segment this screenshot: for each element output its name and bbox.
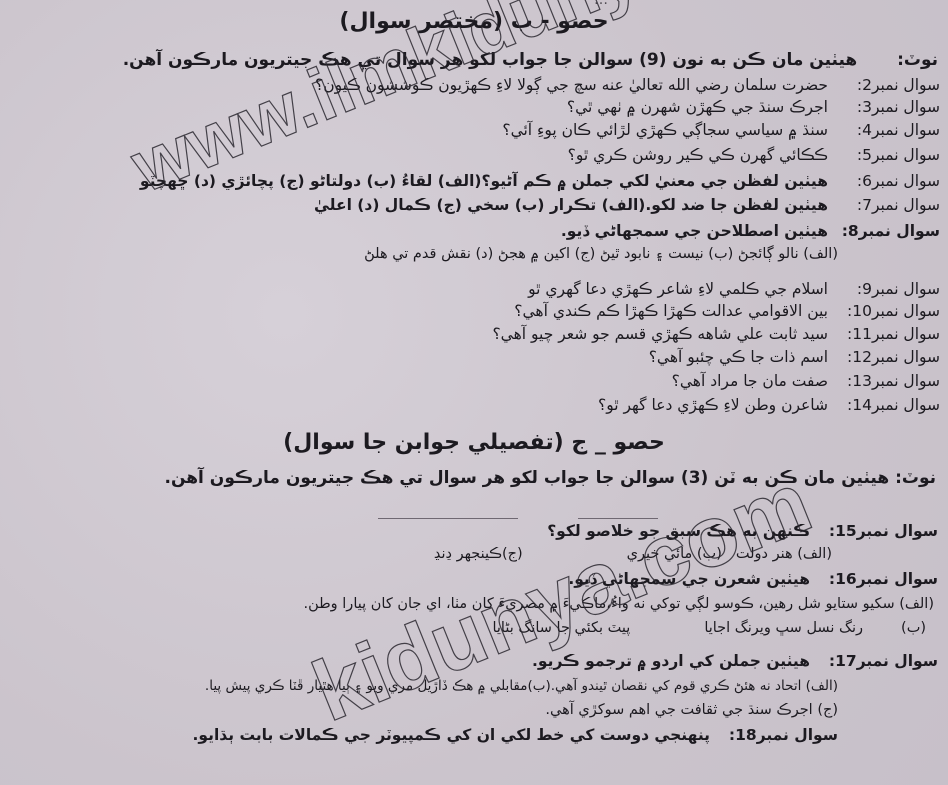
question-17-line-a: (الف) اتحاد نه هئڻ ڪري قوم کي نقصان ٿيند…: [205, 678, 838, 694]
question-15: سوال نمبر15: ڪنهن به هڪ سبق جو خلاصو لکو…: [547, 522, 938, 540]
question-text: سيد ثابت علي شاهه ڪهڙي قسم جو شعر چيو آه…: [492, 325, 828, 343]
poem-line: (الف) سکيو ستايو شل رهين، ڪوسو لڳي توکي …: [303, 596, 934, 612]
question-label: سوال نمبر18:: [710, 726, 838, 744]
question-options: (الف) نالو ڳائجڻ (ب) نيست ۽ نابود ٿيڻ (ج…: [364, 246, 838, 262]
question-9: سوال نمبر9: اسلام جي ڪلمي لاءِ شاعر ڪهڙي…: [528, 280, 940, 298]
section-b-heading: حصو - ب (مختصر سوال): [0, 9, 948, 34]
poem-label: (ب): [901, 620, 926, 636]
question-16-line-a: (الف) سکيو ستايو شل رهين، ڪوسو لڳي توکي …: [303, 596, 934, 612]
question-7: سوال نمبر7: هيٺين لفظن جا ضد لکو.(الف) ت…: [314, 196, 940, 214]
question-text: اجرڪ سنڌ جي ڪهڙن شهرن ۾ ٺهي ٿي؟: [567, 98, 828, 116]
question-8-options: (الف) نالو ڳائجڻ (ب) نيست ۽ نابود ٿيڻ (ج…: [364, 246, 838, 262]
section-c-heading: حصو _ ج (تفصيلي جوابن جا سوال): [0, 430, 948, 455]
question-text: سنڌ ۾ سياسي سجاڳي ڪهڙي لڙائي ڪان پوءِ آئ…: [502, 121, 828, 139]
translation-sentence: (ج) اجرڪ سنڌ جي ثقافت جي اهم سوکڙي آهي.: [545, 702, 838, 718]
section-c-note: نوٽ: هيٺين مان ڪن به ٽن (3) سوالن جا جوا…: [165, 468, 936, 488]
question-label: سوال نمبر16:: [810, 570, 938, 588]
question-2: سوال نمبر2: حضرت سلمان رضي الله تعاليٰ ع…: [315, 76, 940, 94]
question-14: سوال نمبر14: شاعرن وطن لاءِ ڪهڙي دعا گهر…: [598, 396, 940, 414]
divider-line: [378, 518, 518, 519]
question-text: پنهنجي دوست کي خط لکي ان کي ڪمپيوٽر جي ڪ…: [193, 726, 710, 744]
section-b-note: نوٽ: هيٺين مان ڪن به نون (9) سوالن جا جو…: [123, 50, 938, 70]
question-label: سوال نمبر17:: [810, 652, 938, 670]
question-label: سوال نمبر6:: [828, 172, 940, 190]
question-label: سوال نمبر9:: [828, 280, 940, 298]
exam-paper-page: … حصو - ب (مختصر سوال) نوٽ: هيٺين مان ڪن…: [0, 0, 948, 785]
cropped-top-line: …: [594, 0, 608, 8]
question-text: بين الاقوامي عدالت ڪهڙا ڪهڙا ڪم ڪندي آهي…: [514, 302, 828, 320]
question-label: سوال نمبر4:: [828, 121, 940, 139]
question-text: هيٺين اصطلاحن جي سمجهاڻي ڏيو.: [561, 222, 828, 240]
question-text: اسم ذات جا ڪي چئبو آهي؟: [649, 348, 828, 366]
question-8: سوال نمبر8: هيٺين اصطلاحن جي سمجهاڻي ڏيو…: [561, 222, 940, 240]
question-text: اسلام جي ڪلمي لاءِ شاعر ڪهڙي دعا گهري ٿو: [528, 280, 828, 298]
question-label: سوال نمبر12:: [828, 348, 940, 366]
question-label: سوال نمبر10:: [828, 302, 940, 320]
question-text: هيٺين لفظن جي معنيٰ لکي جملن ۾ ڪم آڻيو؟(…: [140, 172, 828, 190]
translation-sentence: (الف) اتحاد نه هئڻ ڪري قوم کي نقصان ٿيند…: [205, 678, 838, 694]
question-text: شاعرن وطن لاءِ ڪهڙي دعا گهر ٿو؟: [598, 396, 828, 414]
question-16: سوال نمبر16: هيٺين شعرن جي سمجهاڻي ڏيو.: [568, 570, 938, 588]
question-15-options: (الف) هنر دولت (ب) مائي خيري (ج)ڪينجهر ڍ…: [434, 546, 832, 562]
question-5: سوال نمبر5: ڪڪائي گهرن ڪي ڪير روشن ڪري ٿ…: [568, 146, 940, 164]
question-4: سوال نمبر4: سنڌ ۾ سياسي سجاڳي ڪهڙي لڙائي…: [502, 121, 940, 139]
question-10: سوال نمبر10: بين الاقوامي عدالت ڪهڙا ڪهڙ…: [514, 302, 940, 320]
question-label: سوال نمبر15:: [810, 522, 938, 540]
question-text: ڪڪائي گهرن ڪي ڪير روشن ڪري ٿو؟: [568, 146, 828, 164]
question-label: سوال نمبر14:: [828, 396, 940, 414]
question-label: سوال نمبر7:: [828, 196, 940, 214]
question-label: سوال نمبر8:: [828, 222, 940, 240]
question-11: سوال نمبر11: سيد ثابت علي شاهه ڪهڙي قسم …: [492, 325, 940, 343]
question-label: سوال نمبر2:: [828, 76, 940, 94]
question-17: سوال نمبر17: هيٺين جملن کي اردو ۾ ترجمو …: [532, 652, 938, 670]
question-label: سوال نمبر5:: [828, 146, 940, 164]
option-c: (ج)ڪينجهر ڍنڍ: [434, 546, 523, 562]
question-12: سوال نمبر12: اسم ذات جا ڪي چئبو آهي؟: [649, 348, 940, 366]
question-label: سوال نمبر13:: [828, 372, 940, 390]
question-text: هيٺين جملن کي اردو ۾ ترجمو ڪريو.: [532, 652, 810, 670]
question-16-line-b: (ب) رنگ نسل سڀ ويرنگ اجايا پيٽ بکئي جا س…: [492, 620, 926, 636]
question-text: حضرت سلمان رضي الله تعاليٰ عنه سچ جي ڳول…: [315, 76, 828, 94]
question-text: ڪنهن به هڪ سبق جو خلاصو لکو؟: [547, 522, 810, 540]
question-18: سوال نمبر18: پنهنجي دوست کي خط لکي ان کي…: [193, 726, 838, 744]
question-label: سوال نمبر11:: [828, 325, 940, 343]
poem-line: پيٽ بکئي جا سانگ بڻايا: [492, 620, 630, 636]
question-label: سوال نمبر3:: [828, 98, 940, 116]
question-6: سوال نمبر6: هيٺين لفظن جي معنيٰ لکي جملن…: [140, 172, 940, 190]
question-text: هيٺين لفظن جا ضد لکو.(الف) تڪرار (ب) سخي…: [314, 196, 828, 214]
divider-line: [578, 518, 658, 519]
question-text: هيٺين شعرن جي سمجهاڻي ڏيو.: [568, 570, 810, 588]
question-17-line-c: (ج) اجرڪ سنڌ جي ثقافت جي اهم سوکڙي آهي.: [545, 702, 838, 718]
note-text: هيٺين مان ڪن به نون (9) سوالن جا جواب لک…: [123, 50, 858, 70]
question-13: سوال نمبر13: صفت مان جا مراد آهي؟: [672, 372, 940, 390]
note-label: نوٽ:: [897, 50, 938, 70]
question-text: صفت مان جا مراد آهي؟: [672, 372, 828, 390]
option-a: (الف) هنر دولت: [736, 546, 832, 562]
option-b: (ب) مائي خيري: [627, 546, 722, 562]
poem-line: رنگ نسل سڀ ويرنگ اجايا: [704, 620, 863, 636]
question-3: سوال نمبر3: اجرڪ سنڌ جي ڪهڙن شهرن ۾ ٺهي …: [567, 98, 940, 116]
